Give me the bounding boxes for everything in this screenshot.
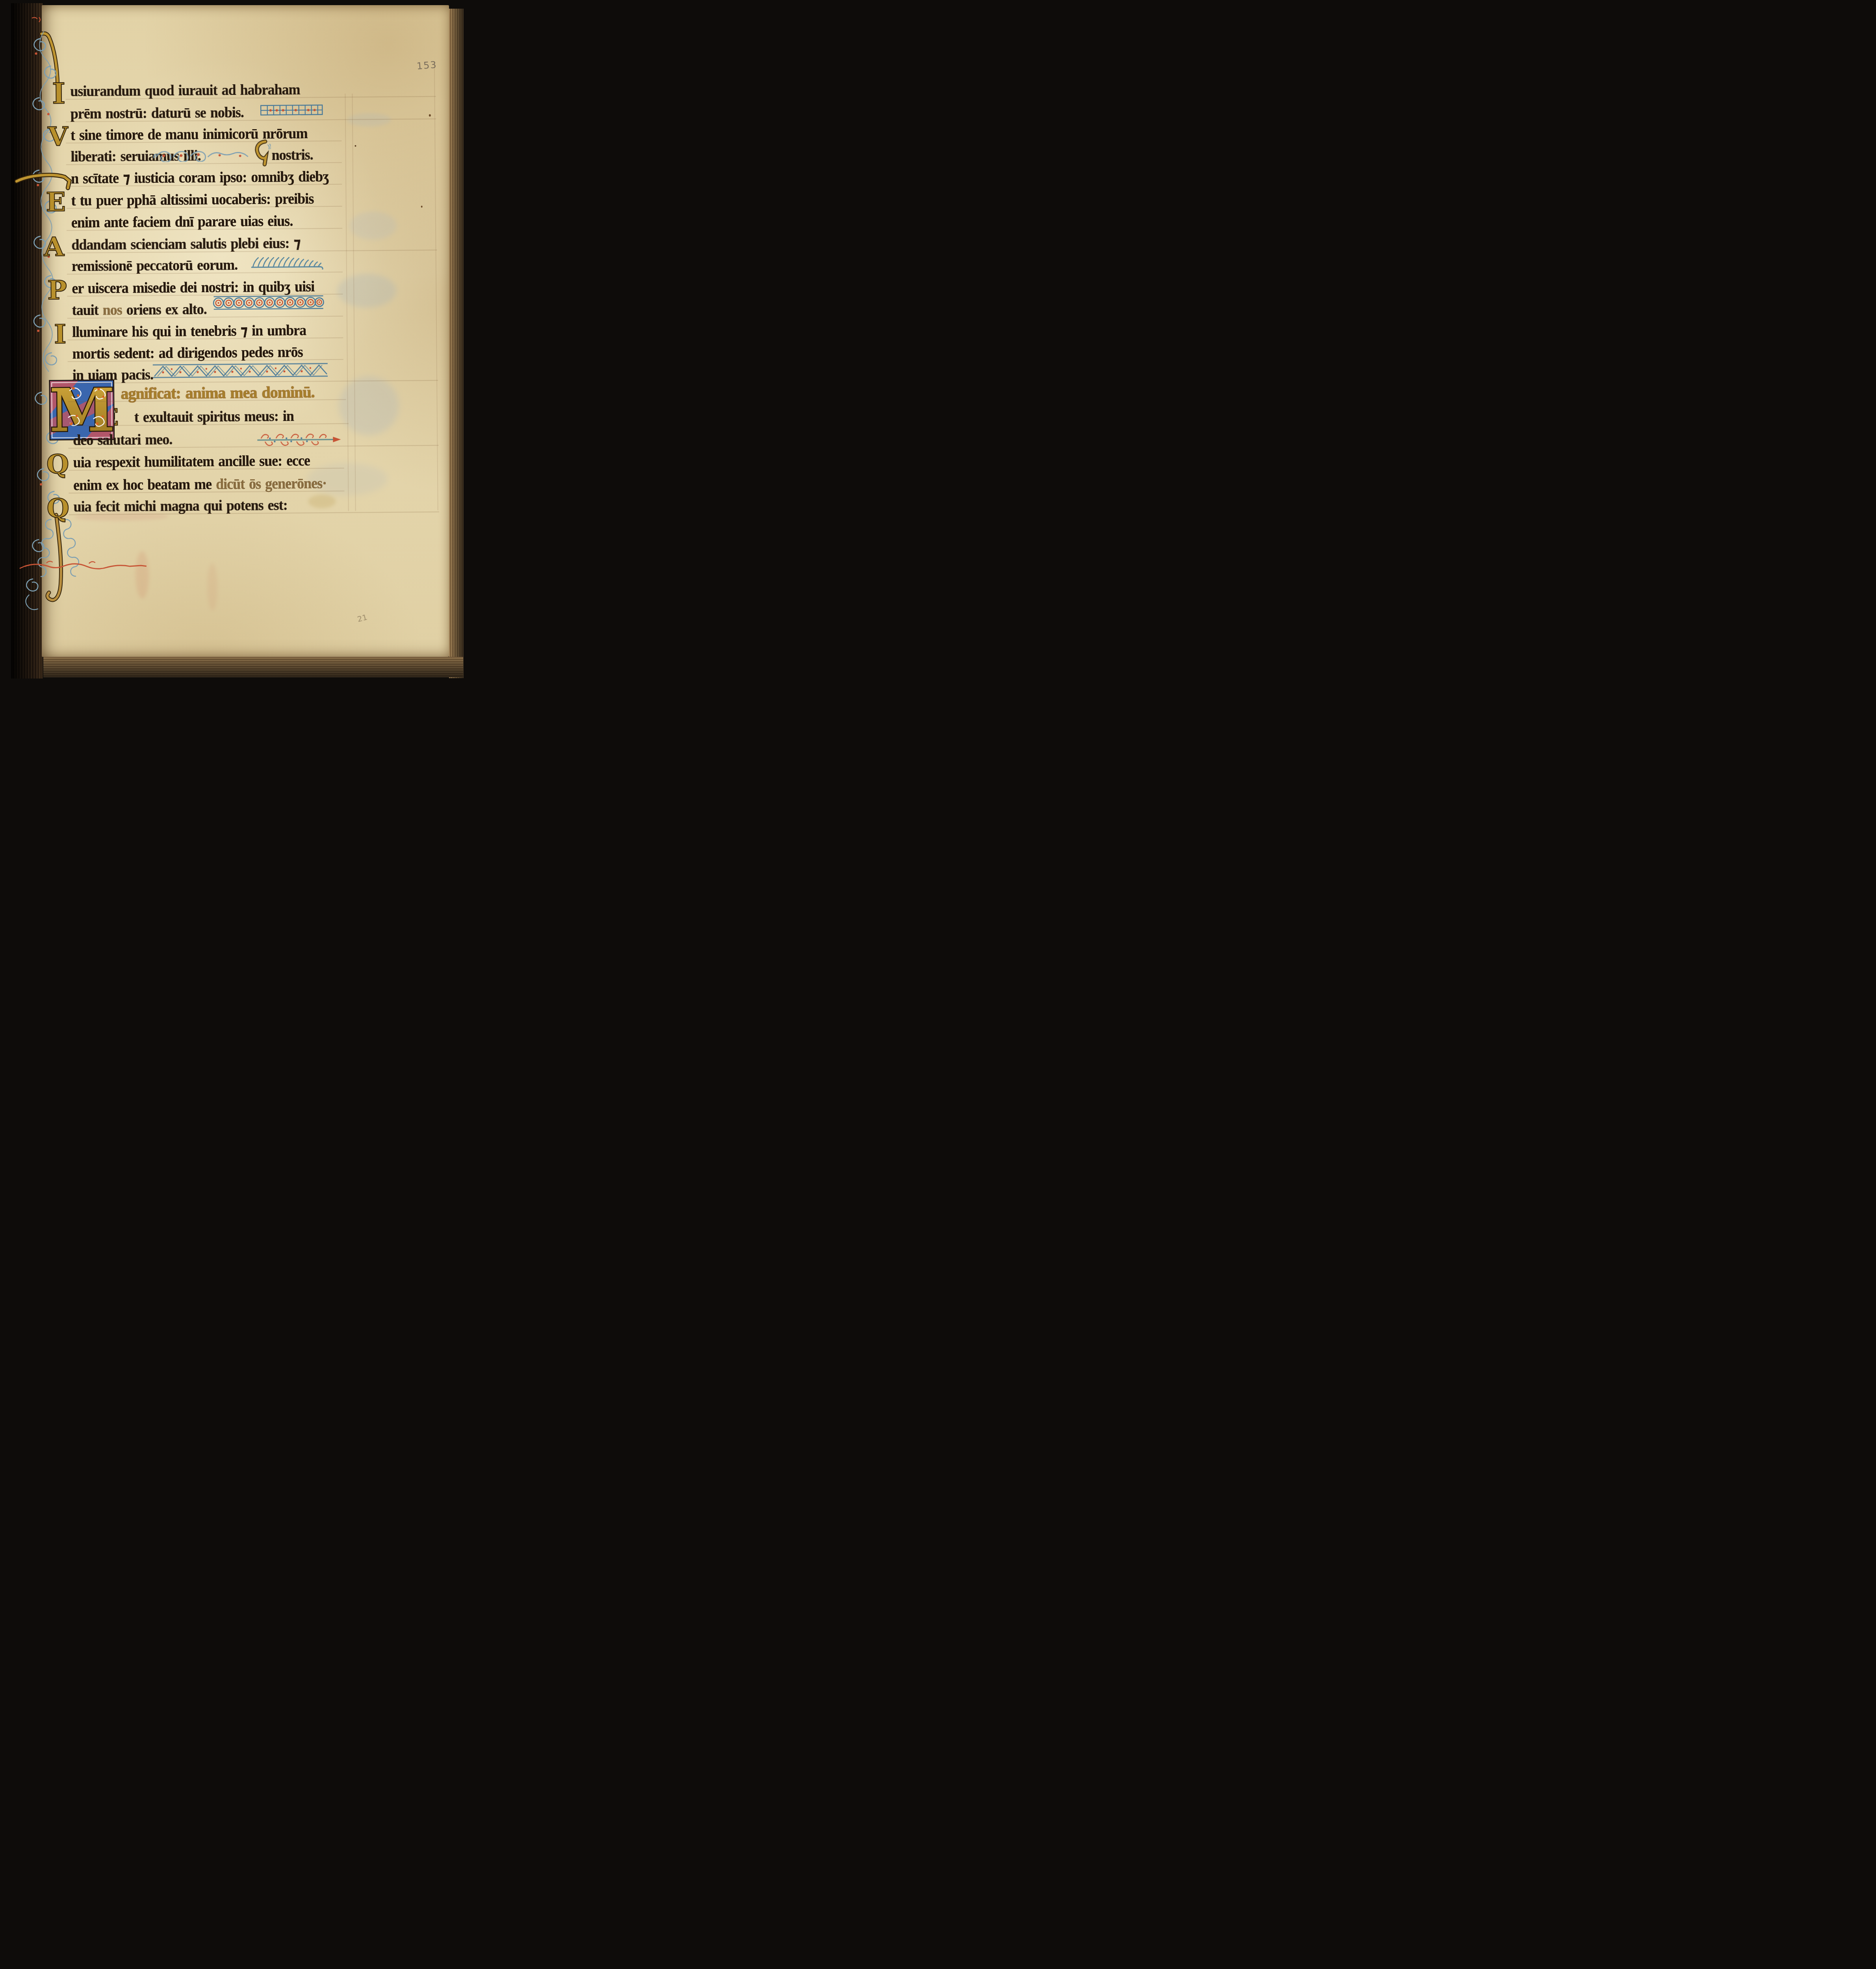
text-line: t tu puer pphā altissimi uocaberis: prei… (71, 189, 314, 211)
illuminated-initial-e: E (46, 189, 66, 215)
text-line-suffix: nostris. (271, 145, 313, 166)
text-line: t exultauit spiritus meus: in (134, 407, 294, 428)
illuminated-initial-i: I (52, 79, 65, 108)
text-line-magnificat: agnificat: anima mea dominū. (121, 382, 315, 404)
text-line: in uiam pacis. (72, 365, 153, 386)
text-line: n scītate ⁊ iusticia coram ipso: omnibʒ … (71, 167, 329, 189)
folio-number: 153 (416, 59, 438, 72)
line-filler-circles (212, 295, 325, 310)
page-content: 153 (0, 0, 469, 682)
offset-stain-red (207, 563, 218, 610)
ink-fleck (429, 114, 431, 117)
text-line: usiurandum quod iurauit ad habraham (70, 80, 300, 102)
text-line: enim ante faciem dnī parare uias eius. (71, 211, 293, 234)
text-line: remissionē peccatorū eorum. (72, 256, 238, 277)
ink-fleck (354, 145, 356, 147)
text-line: tauit nos oriens ex alto. (72, 300, 207, 321)
text-line: deo salutari meo. (73, 430, 172, 451)
text-line: lluminare his qui in tenebris ⁊ in umbra (72, 321, 306, 343)
illuminated-initial-i: I (54, 321, 66, 347)
show-through-stain (347, 113, 391, 127)
illuminated-initial-q: Q (46, 451, 69, 477)
illuminated-initial-v: V (48, 123, 68, 149)
line-filler-fishbone (256, 430, 342, 449)
illuminated-initial-q: Q (46, 495, 69, 521)
ink-fleck (421, 206, 423, 208)
illuminated-initial-p: P (47, 277, 67, 303)
line-filler-feather (250, 254, 325, 270)
text-line: t sine timore de manu inimicorū nrōrum (71, 124, 308, 146)
text-line: ddandam scienciam salutis plebi eius: ⁊ (71, 234, 301, 256)
text-line: uia respexit humilitatem ancille sue: ec… (73, 451, 310, 473)
ruling-line-vertical (434, 61, 438, 510)
offset-stain-gold (308, 495, 336, 508)
line-filler-scroll (153, 148, 251, 162)
text-line: uia fecit michi magna qui potens est: (73, 496, 287, 518)
manuscript-photo: 153 (0, 0, 469, 682)
illuminated-initial-a: A (44, 234, 64, 260)
text-line: enim ex hoc beatam me dicūt ōs generōnes… (73, 474, 327, 496)
gold-paraph (253, 139, 271, 167)
line-filler-lattice (260, 104, 323, 116)
corner-ink-mark: 21 (356, 612, 368, 624)
text-line: mortis sedent: ad dirigendos pedes nrōs (72, 343, 302, 365)
show-through-stain (349, 211, 397, 240)
text-line: prēm nostrū: daturū se nobis. (71, 103, 244, 125)
line-filler-zigzag (151, 362, 329, 379)
faded-words: dicūt ōs generōnes· (216, 475, 327, 492)
faded-word: nos (103, 301, 122, 318)
